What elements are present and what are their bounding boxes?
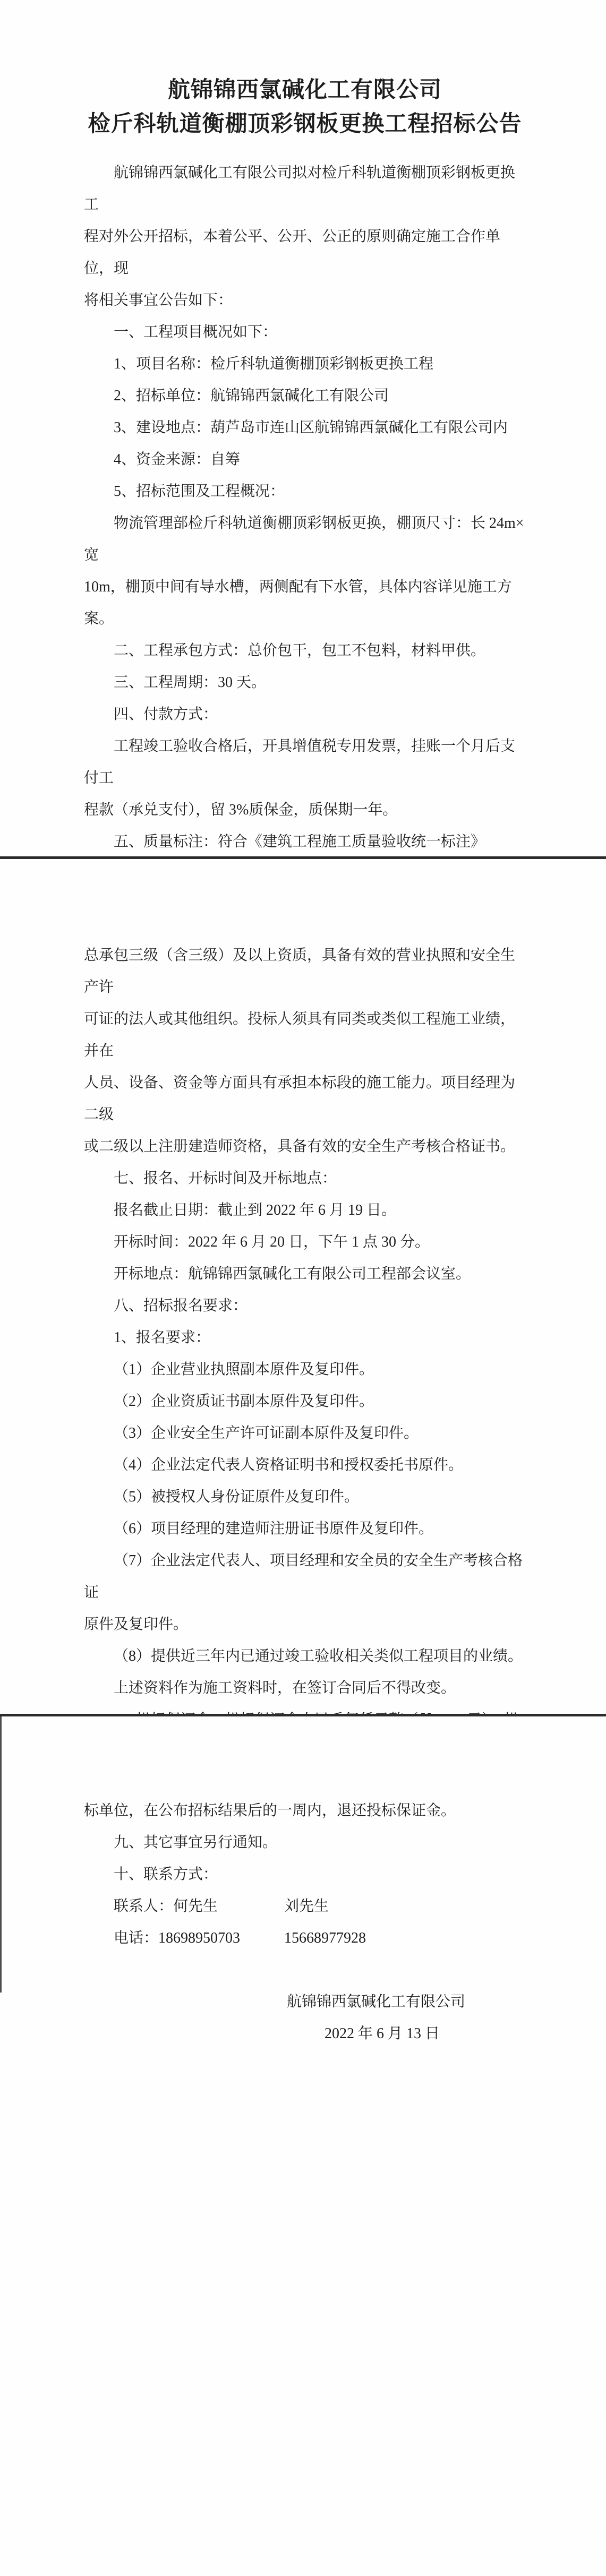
doc-line: 1、报名要求： — [84, 1322, 526, 1354]
doc-line: 三、工程周期：30 天。 — [84, 667, 526, 699]
page-3: 标单位，在公布招标结果后的一周内，退还投标保证金。九、其它事宜另行通知。十、联系… — [0, 1716, 606, 2576]
page-3-body: 标单位，在公布招标结果后的一周内，退还投标保证金。九、其它事宜另行通知。十、联系… — [84, 1795, 526, 2050]
doc-line: 工程竣工验收合格后，开具增值税专用发票，挂账一个月后支付工 — [84, 731, 526, 794]
doc-line: 九、其它事宜另行通知。 — [84, 1827, 526, 1859]
doc-line: 原件及复印件。 — [84, 1609, 526, 1641]
title-gap — [84, 141, 526, 157]
doc-line: 七、报名、开标时间及开标地点： — [84, 1163, 526, 1195]
doc-line: 物流管理部检斤科轨道衡棚顶彩钢板更换，棚顶尺寸：长 24m×宽 — [84, 508, 526, 571]
doc-line: 标单位，在公布招标结果后的一周内，退还投标保证金。 — [84, 1795, 526, 1827]
page-2: 总承包三级（含三级）及以上资质，具备有效的营业执照和安全生产许可证的法人或其他组… — [0, 859, 606, 1714]
doc-line: 十、联系方式： — [84, 1859, 526, 1891]
page-2-body: 总承包三级（含三级）及以上资质，具备有效的营业执照和安全生产许可证的法人或其他组… — [84, 940, 526, 1714]
doc-line: 总承包三级（含三级）及以上资质，具备有效的营业执照和安全生产许 — [84, 940, 526, 1003]
doc-line: 一、工程项目概况如下： — [84, 316, 526, 348]
doc-line: 可证的法人或其他组织。投标人须具有同类或类似工程施工业绩，并在 — [84, 1003, 526, 1067]
doc-line: （1）企业营业执照副本原件及复印件。 — [84, 1354, 526, 1386]
document-viewer: 航锦锦西氯碱化工有限公司 检斤科轨道衡棚顶彩钢板更换工程招标公告 航锦锦西氯碱化… — [0, 0, 606, 2576]
doc-line: （2）企业资质证书副本原件及复印件。 — [84, 1386, 526, 1418]
doc-line: 二、工程承包方式：总价包干，包工不包料，材料甲供。 — [84, 635, 526, 667]
doc-line-col2: 刘先生 — [284, 1898, 329, 1914]
doc-line-col1: 联系人：何先生 — [114, 1891, 284, 1922]
doc-line: （4）企业法定代表人资格证明书和授权委托书原件。 — [84, 1449, 526, 1481]
doc-line: （5）被授权人身份证原件及复印件。 — [84, 1481, 526, 1513]
doc-line: 或二级以上注册建造师资格，具备有效的安全生产考核合格证书。 — [84, 1131, 526, 1163]
doc-line: 1、项目名称：检斤科轨道衡棚顶彩钢板更换工程 — [84, 348, 526, 380]
doc-line: 航锦锦西氯碱化工有限公司 — [84, 1986, 526, 2018]
doc-title-line1: 航锦锦西氯碱化工有限公司 — [84, 73, 526, 107]
doc-line: 人员、设备、资金等方面具有承担本标段的施工能力。项目经理为二级 — [84, 1067, 526, 1131]
doc-line: 程款（承兑支付），留 3%质保金，质保期一年。 — [84, 794, 526, 826]
doc-line: 电话：1869895070315668977928 — [84, 1922, 526, 1954]
doc-line: 航锦锦西氯碱化工有限公司拟对检斤科轨道衡棚顶彩钢板更换工 — [84, 157, 526, 221]
doc-line: 4、资金来源：自筹 — [84, 444, 526, 476]
doc-line: 10m，棚顶中间有导水槽，两侧配有下水管，具体内容详见施工方案。 — [84, 571, 526, 635]
doc-line: 2、投标保证金：投标保证金人民币伍仟元整（￥5000 元），投标后 — [84, 1704, 526, 1714]
doc-line: 将相关事宜公告如下： — [84, 285, 526, 316]
doc-line — [84, 1954, 526, 1986]
doc-line: （7）企业法定代表人、项目经理和安全员的安全生产考核合格证 — [84, 1545, 526, 1609]
doc-line-col1: 电话：18698950703 — [114, 1922, 284, 1954]
doc-line: 2、招标单位：航锦锦西氯碱化工有限公司 — [84, 380, 526, 412]
doc-line: 程对外公开招标，本着公平、公开、公正的原则确定施工合作单位，现 — [84, 221, 526, 285]
doc-line: 3、建设地点：葫芦岛市连山区航锦锦西氯碱化工有限公司内 — [84, 412, 526, 444]
doc-line: 开标时间：2022 年 6 月 20 日，下午 1 点 30 分。 — [84, 1226, 526, 1258]
doc-line: （3）企业安全生产许可证副本原件及复印件。 — [84, 1418, 526, 1449]
doc-line: 5、招标范围及工程概况： — [84, 476, 526, 508]
doc-line: 八、招标报名要求： — [84, 1290, 526, 1322]
doc-line: 2022 年 6 月 13 日 — [84, 2018, 526, 2050]
page-1: 航锦锦西氯碱化工有限公司 检斤科轨道衡棚顶彩钢板更换工程招标公告 航锦锦西氯碱化… — [0, 0, 606, 856]
doc-line: 开标地点：航锦锦西氯碱化工有限公司工程部会议室。 — [84, 1258, 526, 1290]
doc-title-line2: 检斤科轨道衡棚顶彩钢板更换工程招标公告 — [84, 107, 526, 141]
doc-line: 联系人：何先生刘先生 — [84, 1891, 526, 1922]
doc-line: 四、付款方式： — [84, 699, 526, 731]
doc-line: 报名截止日期：截止到 2022 年 6 月 19 日。 — [84, 1195, 526, 1226]
doc-line: 五、质量标注：符合《建筑工程施工质量验收统一标注》 — [84, 826, 526, 856]
doc-line: （8）提供近三年内已通过竣工验收相关类似工程项目的业绩。 — [84, 1641, 526, 1672]
doc-line: （6）项目经理的建造师注册证书原件及复印件。 — [84, 1513, 526, 1545]
page-edge-artifact — [0, 1716, 2, 1993]
doc-line-col2: 15668977928 — [284, 1930, 366, 1946]
doc-line: 上述资料作为施工资料时，在签订合同后不得改变。 — [84, 1672, 526, 1704]
page-1-body: 航锦锦西氯碱化工有限公司拟对检斤科轨道衡棚顶彩钢板更换工程对外公开招标，本着公平… — [84, 157, 526, 856]
